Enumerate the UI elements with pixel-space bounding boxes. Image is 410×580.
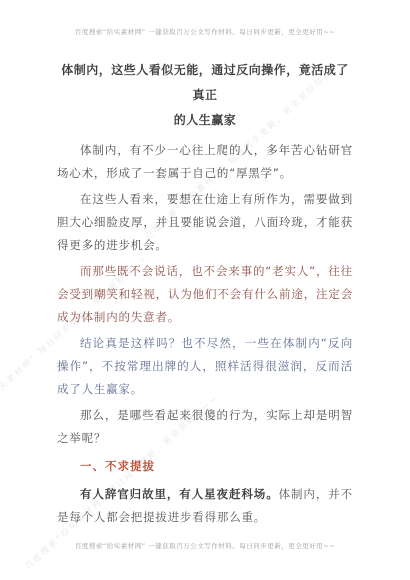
quote-bold-text: 有人辞官归故里，有人星夜赶科场。: [80, 487, 279, 501]
footer-promo-note: 百度搜索“给实素材网” 一键获取百万公文写作材料。每日同步更新，更全更好用~~: [0, 541, 410, 550]
article-body: 体制内，这些人看似无能，通过反向操作，竟活成了真正 的人生赢家 体制内，有不少一…: [0, 0, 410, 529]
paragraph-section1: 有人辞官归故里，有人星夜赶科场。体制内，并不是每个人都会把提拔进步看得那么重。: [57, 483, 353, 529]
paragraph-question: 那么，是哪些看起来很傻的行为，实际上却是明智之举呢？: [57, 404, 353, 450]
header-promo-note: 百度搜索“给实素材网” 一键获取百万公文写作材料。每日同步更新，更全更好用~~: [0, 27, 410, 36]
article-title: 体制内，这些人看似无能，通过反向操作，竟活成了真正 的人生赢家: [57, 58, 353, 133]
article-title-line2: 的人生赢家: [57, 108, 353, 133]
section-heading-no-promotion: 一、不求提拔: [57, 455, 353, 478]
article-title-line1: 体制内，这些人看似无能，通过反向操作，竟活成了真正: [57, 58, 353, 108]
paragraph-honest-people: 而那些既不会说话，也不会来事的“老实人”，往往会受到嘲笑和轻视，认为他们不会有什…: [57, 260, 353, 329]
paragraph-counter-conclusion: 结论真是这样吗？也不尽然，一些在体制内“反向操作”，不按常理出牌的人，照样活得很…: [57, 332, 353, 401]
paragraph-careerists-view: 在这些人看来，要想在仕途上有所作为，需要做到胆大心细脸皮厚，并且要能说会道，八面…: [57, 188, 353, 257]
paragraph-intro: 体制内，有不少一心往上爬的人，多年苦心钻研官场心术，形成了一套属于自己的“厚黑学…: [57, 139, 353, 185]
document-page: 百度搜索“给实素材网” 一键获取百万公文写作材料。每日同步更新，更全更好用~~ …: [0, 0, 410, 580]
